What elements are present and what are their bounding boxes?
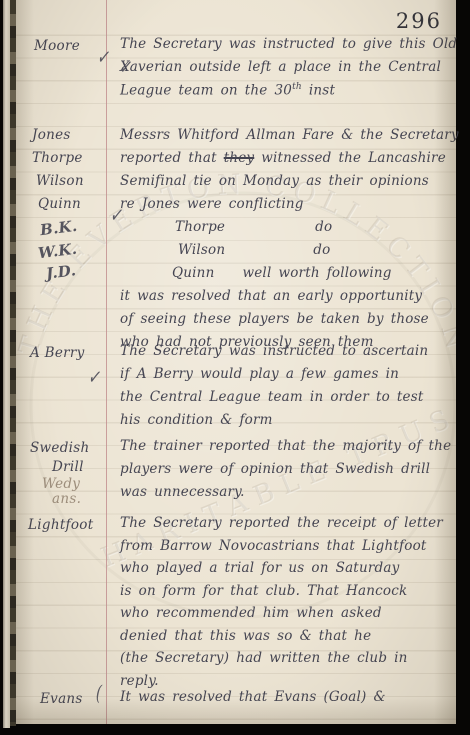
text-segment: it was resolved that an early opportunit… <box>120 288 422 304</box>
text-segment: was unnecessary. <box>120 484 245 500</box>
text-segment: if A Berry would play a few games in <box>120 366 399 382</box>
margin-name: W.K. <box>37 240 78 263</box>
text-segment: Xaverian outside left a place in the Cen… <box>120 59 441 75</box>
check-mark: ✓ <box>118 55 131 81</box>
handwritten-line: The Secretary reported the receipt of le… <box>120 515 448 531</box>
check-mark: ✓ <box>109 203 122 229</box>
handwritten-line: re Jones were conflicting <box>120 196 448 212</box>
handwritten-line: if A Berry would play a few games in <box>120 366 448 382</box>
text-segment: Quinn <box>172 265 214 281</box>
text-segment: well worth following <box>242 265 391 281</box>
text-segment: who recommended him when asked <box>120 605 382 621</box>
text-segment: reported that <box>120 150 224 166</box>
text-segment: The Secretary was instructed to give thi… <box>120 36 457 52</box>
handwritten-line: reported that they witnessed the Lancash… <box>120 150 448 166</box>
margin-name: Swedish <box>30 440 89 456</box>
text-segment: do <box>313 242 330 258</box>
page-number: 296 <box>396 9 442 33</box>
text-segment: players were of opinion that Swedish dri… <box>120 461 430 477</box>
handwritten-line: was unnecessary. <box>120 484 448 500</box>
handwritten-line: It was resolved that Evans (Goal) & <box>120 689 448 705</box>
text-segment: witnessed the Lancashire <box>254 150 446 166</box>
handwritten-line: (the Secretary) had written the club in <box>120 650 448 666</box>
text-segment: Wilson <box>178 242 225 258</box>
struck-word: they <box>224 150 255 166</box>
text-segment: (the Secretary) had written the club in <box>120 650 408 666</box>
text-segment: denied that this was so & that he <box>120 628 371 644</box>
handwritten-line: the Central League team in order to test <box>120 389 448 405</box>
handwritten-line: it was resolved that an early opportunit… <box>120 288 448 304</box>
text-segment: th <box>292 82 302 92</box>
text-segment: do <box>315 219 332 235</box>
margin-name: Wedy <box>42 476 80 492</box>
text-segment: re Jones were conflicting <box>120 196 304 212</box>
text-segment: Semifinal tie on Monday as their opinion… <box>120 173 429 189</box>
handwritten-line: Xaverian outside left a place in the Cen… <box>120 59 448 75</box>
margin-name: Moore <box>34 38 80 54</box>
minute-book-page: THE EVERTON COLLECTION THE EVERTON COLLE… <box>16 0 456 724</box>
margin-name: Jones <box>32 127 71 143</box>
text-segment: The trainer reported that the majority o… <box>120 438 451 454</box>
handwritten-line: denied that this was so & that he <box>120 628 448 644</box>
text-segment: from Barrow Novocastrians that Lightfoot <box>120 538 427 554</box>
check-mark: ✓ <box>96 45 109 71</box>
handwritten-line: Thorpedo <box>120 219 448 235</box>
margin-name: ans. <box>52 491 81 507</box>
text-segment: The Secretary reported the receipt of le… <box>120 515 443 531</box>
page-edge-stack <box>3 0 10 728</box>
check-mark: ✓ <box>87 365 100 391</box>
handwritten-line: reply. <box>120 673 448 689</box>
handwritten-line: who played a trial for us on Saturday <box>120 560 448 576</box>
handwritten-line: Wilsondo <box>120 242 448 258</box>
handwritten-line: is on form for that club. That Hancock <box>120 583 448 599</box>
text-segment: Messrs Whitford Allman Fare & the Secret… <box>120 127 459 143</box>
margin-name: Lightfoot <box>28 517 93 533</box>
handwritten-line: of seeing these players be taken by thos… <box>120 311 448 327</box>
handwritten-line: Quinnwell worth following <box>120 265 448 281</box>
text-segment: his condition & form <box>120 412 273 428</box>
handwritten-line: Semifinal tie on Monday as their opinion… <box>120 173 448 189</box>
text-segment: It was resolved that Evans (Goal) & <box>120 689 386 705</box>
margin-name: Wilson <box>36 173 84 189</box>
text-segment: who played a trial for us on Saturday <box>120 560 399 576</box>
margin-name: Thorpe <box>32 150 83 166</box>
handwritten-line: from Barrow Novocastrians that Lightfoot <box>120 538 448 554</box>
text-segment: The Secretary was instructed to ascertai… <box>120 343 428 359</box>
handwritten-line: his condition & form <box>120 412 448 428</box>
handwritten-line: League team on the 30th inst <box>120 82 448 99</box>
margin-name: A Berry <box>30 345 85 361</box>
handwritten-line: players were of opinion that Swedish dri… <box>120 461 448 477</box>
text-segment: inst <box>302 83 335 99</box>
text-segment: reply. <box>120 673 159 689</box>
text-segment: is on form for that club. That Hancock <box>120 583 407 599</box>
text-segment: Thorpe <box>175 219 225 235</box>
margin-name: Evans <box>40 691 83 707</box>
minute-book-photo: THE EVERTON COLLECTION THE EVERTON COLLE… <box>0 0 470 735</box>
text-segment: the Central League team in order to test <box>120 389 424 405</box>
handwritten-line: who recommended him when asked <box>120 605 448 621</box>
text-segment: League team on the 30 <box>120 83 292 99</box>
margin-rule-line <box>106 0 107 724</box>
handwritten-line: The Secretary was instructed to give thi… <box>120 36 448 52</box>
margin-name: Quinn <box>38 196 81 212</box>
text-segment: of seeing these players be taken by thos… <box>120 311 429 327</box>
margin-name: B.K. <box>39 217 78 239</box>
handwritten-line: Messrs Whitford Allman Fare & the Secret… <box>120 127 448 143</box>
handwritten-line: The Secretary was instructed to ascertai… <box>120 343 448 359</box>
handwritten-line: The trainer reported that the majority o… <box>120 438 448 454</box>
margin-name: J.D. <box>45 261 77 283</box>
paren-mark: ( <box>95 682 102 707</box>
margin-name: Drill <box>52 459 84 475</box>
